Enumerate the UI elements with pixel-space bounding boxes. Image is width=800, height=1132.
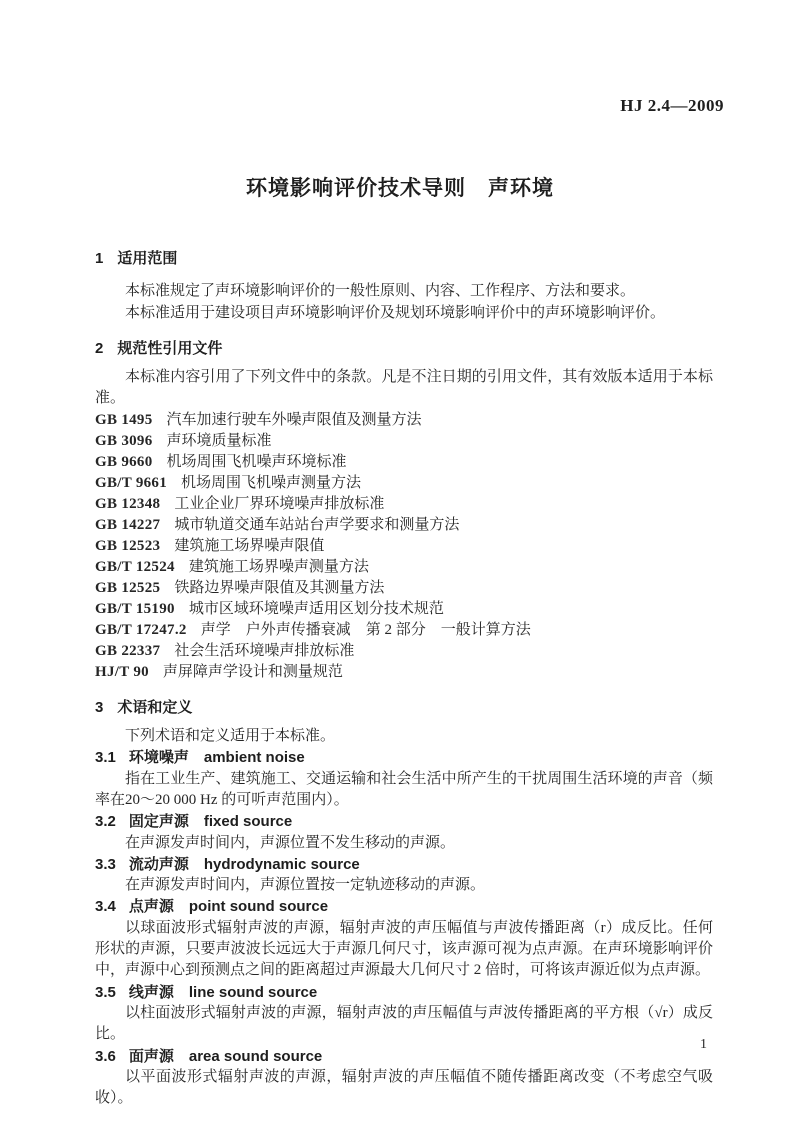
reference-code: GB 1495 bbox=[95, 412, 153, 428]
reference-code: GB/T 15190 bbox=[95, 601, 175, 617]
section-1-paragraph-2: 本标准适用于建设项目声环境影响评价及规划环境影响评价中的声环境影响评价。 bbox=[95, 303, 713, 324]
reference-title: 社会生活环境噪声排放标准 bbox=[174, 643, 354, 659]
reference-item: GB 12348工业企业厂界环境噪声排放标准 bbox=[95, 494, 713, 515]
term-entry: 3.4点声源point sound source 以球面波形式辐射声波的声源，辐… bbox=[95, 896, 713, 981]
term-heading: 3.6面声源area sound source bbox=[95, 1046, 713, 1067]
reference-title: 机场周围飞机噪声测量方法 bbox=[181, 475, 361, 491]
reference-title: 声环境质量标准 bbox=[167, 433, 272, 449]
reference-code: GB/T 9661 bbox=[95, 475, 167, 491]
reference-item: GB 22337社会生活环境噪声排放标准 bbox=[95, 641, 713, 662]
term-definition: 在声源发声时间内，声源位置不发生移动的声源。 bbox=[95, 833, 713, 854]
section-3-number: 3 bbox=[95, 699, 103, 716]
reference-item: GB 1495汽车加速行驶车外噪声限值及测量方法 bbox=[95, 410, 713, 431]
term-name-english: area sound source bbox=[189, 1048, 322, 1065]
reference-item: HJ/T 90声屏障声学设计和测量规范 bbox=[95, 662, 713, 683]
term-heading: 3.4点声源point sound source bbox=[95, 896, 713, 917]
term-definition: 以球面波形式辐射声波的声源，辐射声波的声压幅值与声波传播距离（r）成反比。任何形… bbox=[95, 918, 713, 982]
reference-item: GB 12523建筑施工场界噪声限值 bbox=[95, 536, 713, 557]
reference-title: 铁路边界噪声限值及其测量方法 bbox=[174, 580, 384, 596]
term-heading: 3.3流动声源hydrodynamic source bbox=[95, 854, 713, 875]
reference-title: 城市区域环境噪声适用区划分技术规范 bbox=[189, 601, 444, 617]
term-entry: 3.5线声源line sound source 以柱面波形式辐射声波的声源，辐射… bbox=[95, 982, 713, 1046]
term-entry: 3.2固定声源fixed source 在声源发声时间内，声源位置不发生移动的声… bbox=[95, 811, 713, 854]
reference-code: GB 3096 bbox=[95, 433, 153, 449]
term-list: 3.1环境噪声ambient noise 指在工业生产、建筑施工、交通运输和社会… bbox=[95, 747, 713, 1109]
term-name-english: line sound source bbox=[189, 984, 317, 1001]
section-1-title: 适用范围 bbox=[117, 250, 177, 267]
reference-item: GB 3096声环境质量标准 bbox=[95, 431, 713, 452]
section-3-title: 术语和定义 bbox=[117, 699, 192, 716]
term-number: 3.4 bbox=[95, 898, 116, 915]
reference-item: GB/T 12524建筑施工场界噪声测量方法 bbox=[95, 557, 713, 578]
term-definition: 在声源发声时间内，声源位置按一定轨迹移动的声源。 bbox=[95, 875, 713, 896]
term-name-english: hydrodynamic source bbox=[204, 856, 360, 873]
section-1-paragraph-1: 本标准规定了声环境影响评价的一般性原则、内容、工作程序、方法和要求。 bbox=[95, 281, 713, 302]
document-page: HJ 2.4—2009 环境影响评价技术导则 声环境 1适用范围 本标准规定了声… bbox=[0, 0, 800, 1132]
term-definition: 以平面波形式辐射声波的声源，辐射声波的声压幅值不随传播距离改变（不考虑空气吸收）… bbox=[95, 1067, 713, 1110]
document-content: 1适用范围 本标准规定了声环境影响评价的一般性原则、内容、工作程序、方法和要求。… bbox=[95, 248, 713, 1109]
section-3-heading: 3术语和定义 bbox=[95, 697, 713, 718]
doc-number: HJ 2.4—2009 bbox=[620, 96, 724, 116]
section-2-heading: 2规范性引用文件 bbox=[95, 338, 713, 359]
term-heading: 3.1环境噪声ambient noise bbox=[95, 747, 713, 768]
term-heading: 3.2固定声源fixed source bbox=[95, 811, 713, 832]
reference-code: GB 9660 bbox=[95, 454, 153, 470]
term-name-english: point sound source bbox=[189, 898, 328, 915]
section-2-intro: 本标准内容引用了下列文件中的条款。凡是不注日期的引用文件，其有效版本适用于本标准… bbox=[95, 367, 713, 410]
section-2-title: 规范性引用文件 bbox=[117, 340, 222, 357]
reference-item: GB 14227城市轨道交通车站站台声学要求和测量方法 bbox=[95, 515, 713, 536]
term-entry: 3.1环境噪声ambient noise 指在工业生产、建筑施工、交通运输和社会… bbox=[95, 747, 713, 811]
term-number: 3.2 bbox=[95, 813, 116, 830]
term-entry: 3.3流动声源hydrodynamic source 在声源发声时间内，声源位置… bbox=[95, 854, 713, 897]
term-number: 3.1 bbox=[95, 749, 116, 766]
term-name-chinese: 环境噪声 bbox=[129, 749, 189, 766]
reference-title: 城市轨道交通车站站台声学要求和测量方法 bbox=[174, 517, 459, 533]
reference-code: HJ/T 90 bbox=[95, 664, 149, 680]
page-number: 1 bbox=[700, 1037, 707, 1053]
term-name-chinese: 面声源 bbox=[129, 1048, 174, 1065]
section-2-number: 2 bbox=[95, 340, 103, 357]
term-name-chinese: 固定声源 bbox=[129, 813, 189, 830]
section-1-heading: 1适用范围 bbox=[95, 248, 713, 269]
term-name-english: ambient noise bbox=[204, 749, 305, 766]
reference-title: 声屏障声学设计和测量规范 bbox=[163, 664, 343, 680]
reference-title: 声学 户外声传播衰减 第 2 部分 一般计算方法 bbox=[201, 622, 531, 638]
page-title: 环境影响评价技术导则 声环境 bbox=[0, 172, 800, 202]
section-1-number: 1 bbox=[95, 250, 103, 267]
reference-item: GB/T 15190城市区域环境噪声适用区划分技术规范 bbox=[95, 599, 713, 620]
term-definition: 以柱面波形式辐射声波的声源，辐射声波的声压幅值与声波传播距离的平方根（√r）成反… bbox=[95, 1003, 713, 1046]
reference-code: GB/T 12524 bbox=[95, 559, 175, 575]
reference-item: GB/T 9661机场周围飞机噪声测量方法 bbox=[95, 473, 713, 494]
reference-title: 汽车加速行驶车外噪声限值及测量方法 bbox=[167, 412, 422, 428]
reference-code: GB 12348 bbox=[95, 496, 160, 512]
term-number: 3.5 bbox=[95, 984, 116, 1001]
term-entry: 3.6面声源area sound source 以平面波形式辐射声波的声源，辐射… bbox=[95, 1046, 713, 1110]
reference-code: GB 14227 bbox=[95, 517, 160, 533]
reference-code: GB/T 17247.2 bbox=[95, 622, 187, 638]
term-number: 3.3 bbox=[95, 856, 116, 873]
section-3-intro: 下列术语和定义适用于本标准。 bbox=[95, 726, 713, 747]
reference-title: 建筑施工场界噪声限值 bbox=[174, 538, 324, 554]
reference-title: 机场周围飞机噪声环境标准 bbox=[167, 454, 347, 470]
term-name-chinese: 流动声源 bbox=[129, 856, 189, 873]
reference-item: GB/T 17247.2声学 户外声传播衰减 第 2 部分 一般计算方法 bbox=[95, 620, 713, 641]
term-name-english: fixed source bbox=[204, 813, 292, 830]
term-heading: 3.5线声源line sound source bbox=[95, 982, 713, 1003]
reference-title: 工业企业厂界环境噪声排放标准 bbox=[174, 496, 384, 512]
reference-list: GB 1495汽车加速行驶车外噪声限值及测量方法 GB 3096声环境质量标准 … bbox=[95, 410, 713, 683]
term-number: 3.6 bbox=[95, 1048, 116, 1065]
reference-title: 建筑施工场界噪声测量方法 bbox=[189, 559, 369, 575]
term-name-chinese: 线声源 bbox=[129, 984, 174, 1001]
reference-item: GB 9660机场周围飞机噪声环境标准 bbox=[95, 452, 713, 473]
term-name-chinese: 点声源 bbox=[129, 898, 174, 915]
term-definition: 指在工业生产、建筑施工、交通运输和社会生活中所产生的干扰周围生活环境的声音（频率… bbox=[95, 769, 713, 812]
reference-code: GB 22337 bbox=[95, 643, 160, 659]
reference-item: GB 12525铁路边界噪声限值及其测量方法 bbox=[95, 578, 713, 599]
reference-code: GB 12523 bbox=[95, 538, 160, 554]
reference-code: GB 12525 bbox=[95, 580, 160, 596]
